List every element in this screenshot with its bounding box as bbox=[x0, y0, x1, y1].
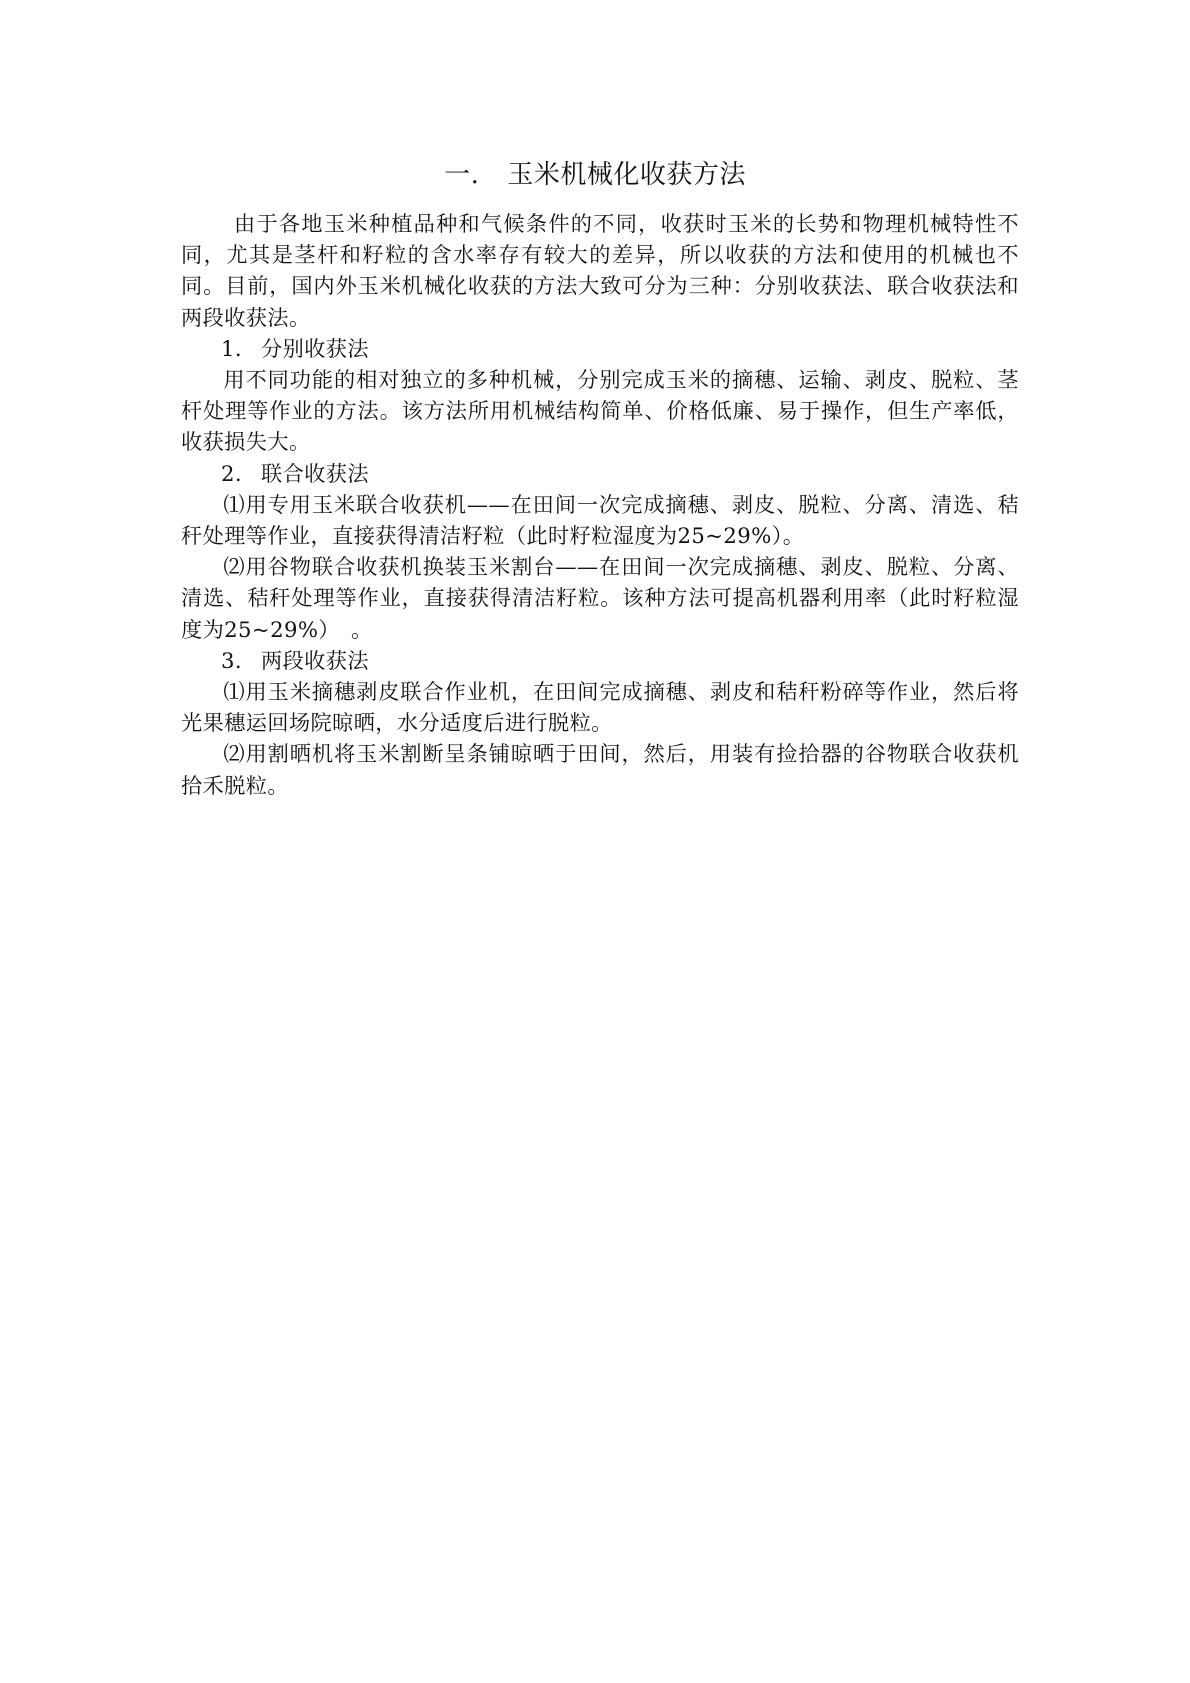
section-3-paragraph-1: ⑴用玉米摘穗剥皮联合作业机，在田间完成摘穗、剥皮和秸秆粉碎等作业，然后将光果穗运… bbox=[181, 676, 1019, 738]
section-3-paragraph-2: ⑵用割晒机将玉米割断呈条铺晾晒于田间，然后，用装有捡拾器的谷物联合收获机拾禾脱粒… bbox=[181, 738, 1019, 800]
title-number: 一. bbox=[444, 160, 479, 190]
section-2-paragraph-1: ⑴用专用玉米联合收获机——在田间一次完成摘穗、剥皮、脱粒、分离、清选、秸秆处理等… bbox=[181, 489, 1019, 551]
title-text: 玉米机械化收获方法 bbox=[507, 160, 746, 190]
section-number: 2. bbox=[221, 458, 261, 489]
section-number: 3. bbox=[221, 645, 261, 676]
section-number: 1. bbox=[221, 333, 261, 364]
page-title: 一.玉米机械化收获方法 bbox=[0, 158, 1190, 192]
section-1-paragraph-1: 用不同功能的相对独立的多种机械，分别完成玉米的摘穗、运输、剥皮、脱粒、茎杆处理等… bbox=[181, 364, 1019, 458]
document-body: 由于各地玉米种植品种和气候条件的不同，收获时玉米的长势和物理机械特性不同，尤其是… bbox=[181, 208, 1019, 801]
section-heading-2: 2.联合收获法 bbox=[181, 458, 1019, 489]
section-heading-1: 1.分别收获法 bbox=[181, 333, 1019, 364]
section-title: 分别收获法 bbox=[261, 336, 369, 361]
intro-paragraph: 由于各地玉米种植品种和气候条件的不同，收获时玉米的长势和物理机械特性不同，尤其是… bbox=[181, 208, 1019, 333]
section-title: 联合收获法 bbox=[261, 461, 369, 486]
section-heading-3: 3.两段收获法 bbox=[181, 645, 1019, 676]
section-2-paragraph-2: ⑵用谷物联合收获机换装玉米割台——在田间一次完成摘穗、剥皮、脱粒、分离、清选、秸… bbox=[181, 551, 1019, 645]
section-title: 两段收获法 bbox=[261, 648, 369, 673]
document-page: 一.玉米机械化收获方法 由于各地玉米种植品种和气候条件的不同，收获时玉米的长势和… bbox=[0, 0, 1190, 1683]
